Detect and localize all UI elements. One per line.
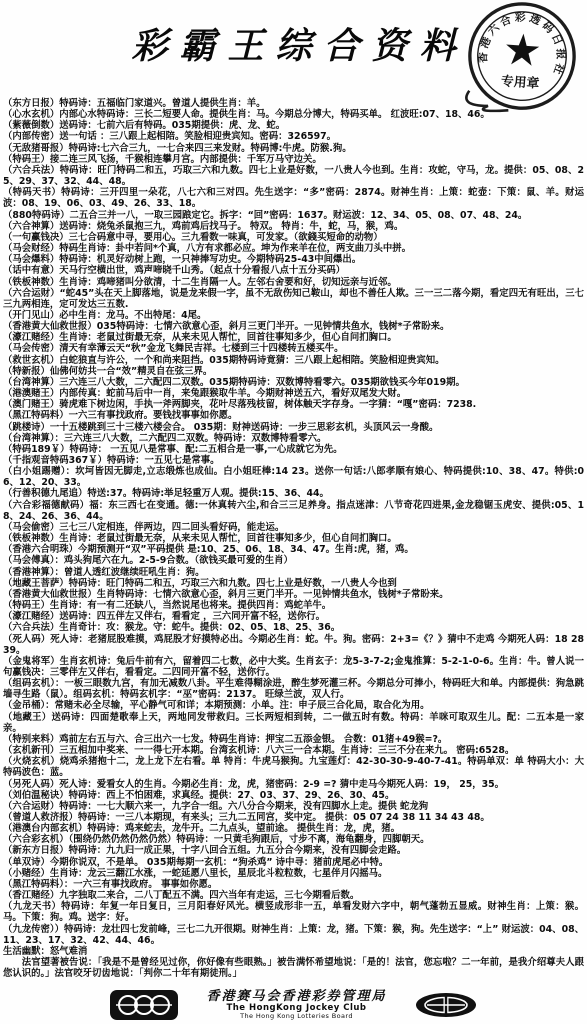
humor-label: 生活幽默：怒气难消 — [0, 946, 587, 957]
footer: 香港赛马会香港彩券管理局 The HongKong Jockey Club Th… — [0, 988, 587, 1022]
header: 彩霸王综合资料 香港六合彩透码日报社 ★ 专用章 — [0, 0, 587, 98]
report-line: （特别来料）鸡前左右五与六、合三出六一七发。特码生肖诗：押宝二五添金银。 合数：… — [3, 734, 584, 745]
report-line: （地藏王菩萨）特码诗：旺门特码二和五，巧取三六和九数。四七上业是好数，一八贵人今… — [3, 578, 584, 589]
report-line: （马会财经）特码生肖诗：卦中若问*个真，八方有求都必应。坤为作来羊在位，两支曲刀… — [3, 243, 584, 254]
report-line: （澳门赌王）骑虎难下树边闲，手执一斧两脚夹，花叶尽落残枝留，树体触天字存身。一字… — [3, 399, 584, 410]
report-line: （内部传密）送一句话 ：三八跟上起相陪。笑脸相迎贵宾知。密码：326597。 — [3, 131, 584, 142]
report-line: （小赌经）生肖诗：龙云三翻江水涨，一蛇延愿八里长，星辰北斗粒粒数，七星伴月闪摇马… — [3, 868, 584, 879]
report-line: （六合彩福德献码）福：东三西七在变通。德:一休真转六尘,和合三三足养身。指点迷津… — [3, 500, 584, 522]
report-line: （跳楼诗）一十五楼跳到三十三楼六楼会合。 035期：财神送码诗：一步三思彩玄机，… — [3, 422, 584, 433]
report-line: （马会偷密）三七三八定相连，伴两边，四二回头看好码，能走运。 — [3, 522, 584, 533]
report-line: （紫薇倒数）送码诗：七前六后有特码。035期提供：虎、龙、蛇。 — [3, 120, 584, 131]
report-line: （铁板神数）生肖诗：鸡啼猪叫分欲清，十二生肖隔一人。左邻右舍要和好，切知远亲与近… — [3, 277, 584, 288]
report-line: （香港黄大仙救世报）035特码诗：七情六欲意心歪，斜月三更门半开。一见钟情共鱼水… — [3, 321, 584, 332]
report-line: （台湾神算）三六连三八大数，二六配四二双数。035期特码诗：双数博特看零六。03… — [3, 377, 584, 388]
report-line: （特码王）接二连三风飞扬，千猴相连攀月宫。内部提供：千军万马守边关。 — [3, 154, 584, 165]
report-line: （六合运财）“蛇45”头在天上脚落地，说是龙来假一字，虽不无敌伤知己鞍山，却也不… — [3, 288, 584, 310]
report-line: （台湾神算）：三六连三八大数，二六配四二双数。特码诗：双数博特看零六。 — [3, 433, 584, 444]
report-line: （无敌猪哥报）特码诗:七六合三九，一七合来四三来发财。特码博:牛虎。防猴.狗。 — [3, 143, 584, 154]
report-line: （九龙传密））特码诗：龙壮四七发前峰，三七二九开很期。财神生肖：上策：龙，猪。下… — [3, 924, 584, 946]
report-line: （一句赢钱决）三七合码意中寻，要用心。三九看数一味真，可发家。（欲錢买短命的动物… — [3, 232, 584, 243]
report-line: （六合兵法）特码诗：旺门特码二和五，巧取三六和九数。四七上业是好数，一八贵人今也… — [3, 165, 584, 187]
report-line: （六合神算）送码诗：烧兔杀鼠抱三九，鸡前鸡后找马子。 特双。 特肖：牛，蛇，马，… — [3, 221, 584, 232]
report-line: （特码王）生肖诗：有一有二还缺八，当然说尾也将来。提供四肖：鸡蛇羊牛。 — [3, 600, 584, 611]
humor-paragraph: 法官望著被告说：「我是不是曾经见过你，你好像有些眼熟。」被告满怀希望地说：「是的… — [0, 957, 587, 979]
report-line: （话中有意）天马行空横出世，鸡声啼晓千山秀。（起点十分看报八点十五分买码） — [3, 265, 584, 276]
seal-label: 专用章 — [500, 73, 540, 92]
report-line: （组码玄机）：一板三眼数九宫，有加无减数八卦。平生难得糊涂进，醉生梦死灌三杯。今… — [3, 678, 584, 700]
report-line: （另死人码）死人诗：爱看女人的生肖。今期必生肖：龙，虎，猪密码：2-9 =? 猜… — [3, 779, 584, 790]
report-line: （白小姐踢赠）：坎坷皆因无脚走,立志缎炼也成仙。白小姐旺棒:14 23。送你一句… — [3, 466, 584, 488]
report-line: （六合兵法）生肖奇计：攻：猴龙。守：蛇牛。提供：02、05、18、25、36。 — [3, 622, 584, 633]
report-body: （东方日报）特码诗：五福临门家道兴。曾道人提供生肖：羊。（心水玄机）内部心水特码… — [0, 98, 587, 946]
report-line: （濠江赌经）生肖诗：老鼠过街最无奈，从来未见人帮忙，回首往事知多少，但心自问扪胸… — [3, 332, 584, 343]
report-line: （港澳台内部玄机）特码诗：鸡来蛇去，龙牛开。二九点头，望前途。 提供生肖：龙，虎… — [3, 823, 584, 834]
report-line: （香港黄大仙救世报）生肖特码诗：七情六欲意心歪，斜月三更门半开。一见钟情共鱼水，… — [3, 589, 584, 600]
report-line: （特码189￥）特码诗： 一五见八是常事、配:二五相合是一事,一心成就它为先。 — [3, 444, 584, 455]
report-line: （马会传密）清天有幸薄云天“秋”金龙飞舞民吉祥。七楼到三十四楼转五楼买牛。 — [3, 343, 584, 354]
report-line: （特新报）仙佛何妨共一合“效”精灵自在弦三界。 — [3, 366, 584, 377]
report-line: （九龙天书）特码诗：年复一年日复日，三月阳春好风光。横竖成形非一五，单看发财六字… — [3, 901, 584, 923]
report-line: （新东方日报）特码诗：九九归一成正果，十字八回合五组。九五分合今期来，没有四脚会… — [3, 845, 584, 856]
footer-left-logo-icon — [110, 990, 178, 1020]
star-icon: ★ — [501, 25, 543, 78]
report-line: （单双诗）今期你说双，不是单。 035期每期一玄机：“狗杀鸡” 诗中寻：猪前虎尾… — [3, 857, 584, 868]
footer-right-logo-icon — [415, 992, 477, 1018]
report-line: （六合运财）特码诗：一七大顺六来一，九字合一组。六八分合今期来，没有四脚水上走。… — [3, 801, 584, 812]
report-line: （刘伯温秘诀）特码诗：西上不怕困难，求真经。提供：27、03、37、29、26、… — [3, 790, 584, 801]
report-line: （香港六合明珠）今期预测开“双”平码提供 是:10、25、06、18、34、47… — [3, 544, 584, 555]
report-line: （马会傅真）：鸡头狗尾六在九。2-5-9合数。（欲钱买最可爱的生肖） — [3, 555, 584, 566]
report-line: （马会爆料）特码诗：机灵好动树上跑，一只神捧写功史。今期特码25-43中间爆出。 — [3, 254, 584, 265]
report-line: （地藏王）送码诗：四面楚歌奉上天，两地同发带救归。三长两短相到转，二一做五时有数… — [3, 712, 584, 734]
report-line: （千指观音特码367￥）特码诗：一五见七是常事。 — [3, 455, 584, 466]
report-line: （金吊桶）：常赌未必全尽输，平心静气可和详；本期预测：小单。注：申子辰三合化局，… — [3, 700, 584, 711]
footer-organization: 香港赛马会香港彩券管理局 The HongKong Jockey Club Th… — [206, 990, 386, 1019]
report-line: （六合彩玄机）（围绕仍然仍然仍然仍然）特码诗：一只黄毛狗跟后，寸步不离，海龟翻身… — [3, 834, 584, 845]
report-line: （行善积德九尾追）特送:37。特码诗:举足轻重万人观。提供:15、36、44。 — [3, 488, 584, 499]
report-line: （金鬼将军）生肖玄机诗：兔后牛前有六，留着四二七数，必中大奖。生肖玄子：龙5-3… — [3, 656, 584, 678]
report-line: （火烧玄机）烧鸡杀猪抱十二，龙上龙下左右看。单 特肖：牛虎马猴狗。九宝莲灯：42… — [3, 756, 584, 778]
report-line: （开门见山）必中生肖：龙马。不出特尾：4尾。 — [3, 310, 584, 321]
report-line: （香港神算）：曾道人透红波继续旺吼生肖：狗。 — [3, 567, 584, 578]
report-line: （铁板神数）生肖诗：老鼠过街最无奈，从来未见人帮忙，回首往事知多少，但心自问扪胸… — [3, 533, 584, 544]
report-line: （黑江特码料）一六三有事找政府。要钱找事事如你愿。 — [3, 410, 584, 421]
report-line: （880特码诗）二五合三并一八，一取三园踉定它。拆字：“回”密码：1637。财运… — [3, 210, 584, 221]
report-line: （港澳赌王）内部传真：蛇前马后中一肖，来兔跟猴取牛羊。今期财神送五六，看好双尾发… — [3, 388, 584, 399]
report-line: （濠江赌经）送码诗：四五伴左又伴右，看看定 ，三六同开富不轻，送你行。 — [3, 611, 584, 622]
report-line: （救世玄机）白蛇狼直与许公，一个和尚来阻挡。035期特码诗竟猜：三八跟上起相陪。… — [3, 355, 584, 366]
report-line: （死人码）死人诗：老猪屁股难摸，鸡屁股才好摸特必出。今期必生肖：蛇。牛。狗。密码… — [3, 634, 584, 656]
lottery-tip-sheet: 彩霸王综合资料 香港六合彩透码日报社 ★ 专用章 （东方日报）特码诗：五福临门家… — [0, 0, 587, 1024]
report-line: （曾道人救济报）特码诗：一三八本期现，有来头；三九二五同宫，奖中定。 提供：05… — [3, 812, 584, 823]
report-line: （香江赌经）九字独取二来合，二八丁配五不满。四六当年有走运，三七今期看后数。 — [3, 890, 584, 901]
footer-org-subtitle-en: The Hong Kong Lotteries Board — [240, 1013, 353, 1020]
seal-stamp: 香港六合彩透码日报社 ★ 专用章 — [457, 0, 587, 118]
report-line: （特码天书）特码诗：三开四里一朵花，八七六和三对四。先生送字：“多”密码：287… — [3, 187, 584, 209]
report-line: （黑江特码料）：一六三有事找政府。 事事如你愿。 — [3, 879, 584, 890]
report-line: （玄机新刊）三五相加中奖来、一一得七开本期。台湾玄机诗：八六三一合本期。生肖诗：… — [3, 745, 584, 756]
footer-org-name-cn: 香港赛马会香港彩券管理局 — [206, 990, 386, 1004]
